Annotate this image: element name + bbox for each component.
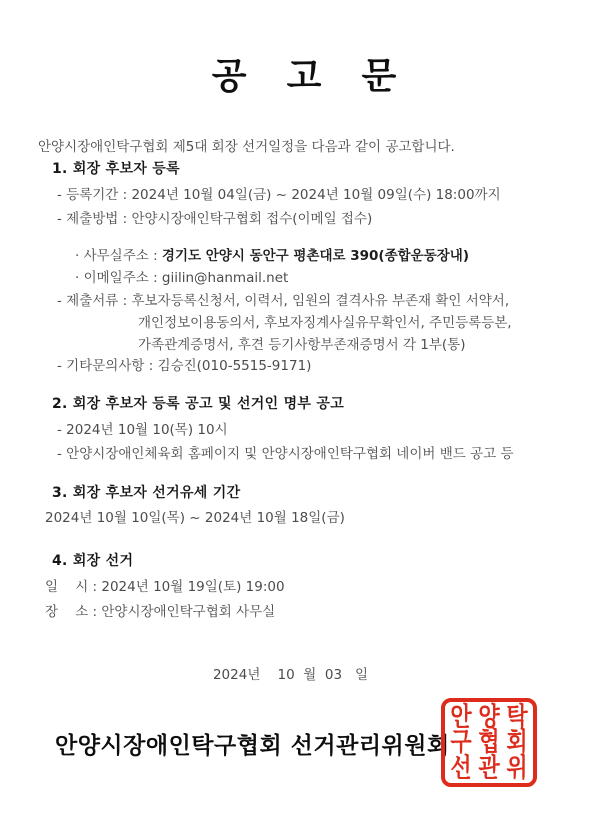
announcement-date: 2024년 10 월 03 일	[0, 663, 597, 683]
section1-heading: 1. 회장 후보자 등록	[52, 158, 180, 178]
seal-character: 협	[478, 730, 499, 756]
announcement-document: 공 고 문 안양시장애인탁구협회 제5대 회장 선거일정을 다음과 같이 공고합…	[0, 0, 613, 831]
section1-contact: - 기타문의사항 : 김승진(010-5515-9171)	[57, 354, 311, 374]
seal-character: 구	[450, 730, 471, 756]
section3-heading: 3. 회장 후보자 선거유세 기간	[52, 482, 240, 502]
section1-registration-period: - 등록기간 : 2024년 10월 04일(금) ~ 2024년 10월 09…	[57, 183, 501, 203]
document-title: 공 고 문	[0, 48, 613, 99]
section2-heading: 2. 회장 후보자 등록 공고 및 선거인 명부 공고	[52, 393, 344, 413]
official-seal-stamp: 안 양 탁 구 협 회 선 관 위	[441, 698, 537, 787]
section1-documents-line1: - 제출서류 : 후보자등록신청서, 이력서, 임원의 결격사유 부존재 확인 …	[57, 289, 509, 309]
section4-datetime: 일 시 : 2024년 10월 19일(토) 19:00	[45, 575, 285, 595]
section1-email-address: · 이메일주소 : giilin@hanmail.net	[75, 266, 288, 286]
intro-line: 안양시장애인탁구협회 제5대 회장 선거일정을 다음과 같이 공고합니다.	[38, 135, 455, 155]
office-address-label: · 사무실주소 :	[75, 248, 162, 264]
section1-documents-line2: 개인정보이용동의서, 후보자징계사실유무확인서, 주민등록등본,	[138, 311, 512, 331]
issuing-organization: 안양시장애인탁구협회 선거관리위원회	[55, 727, 450, 760]
office-address-value: 경기도 안양시 동안구 평촌대로 390(종합운동장내)	[162, 248, 469, 264]
section3-campaign-period: 2024년 10월 10일(목) ~ 2024년 10월 18일(금)	[45, 506, 345, 526]
section1-office-address: · 사무실주소 : 경기도 안양시 동안구 평촌대로 390(종합운동장내)	[75, 244, 469, 264]
section2-line2: - 안양시장애인체육회 홈페이지 및 안양시장애인탁구협회 네이버 밴드 공고 …	[57, 442, 514, 462]
section2-line1: - 2024년 10월 10(목) 10시	[57, 418, 228, 438]
section1-submission-method: - 제출방법 : 안양시장애인탁구협회 접수(이메일 접수)	[57, 207, 372, 227]
seal-character: 회	[506, 730, 527, 756]
seal-character: 관	[478, 755, 499, 781]
section1-documents-line3: 가족관계증명서, 후견 등기사항부존재증명서 각 1부(통)	[138, 333, 465, 353]
section4-heading: 4. 회장 선거	[52, 550, 133, 570]
section4-location: 장 소 : 안양시장애인탁구협회 사무실	[45, 600, 275, 620]
seal-character: 위	[506, 755, 527, 781]
seal-character: 선	[450, 755, 471, 781]
